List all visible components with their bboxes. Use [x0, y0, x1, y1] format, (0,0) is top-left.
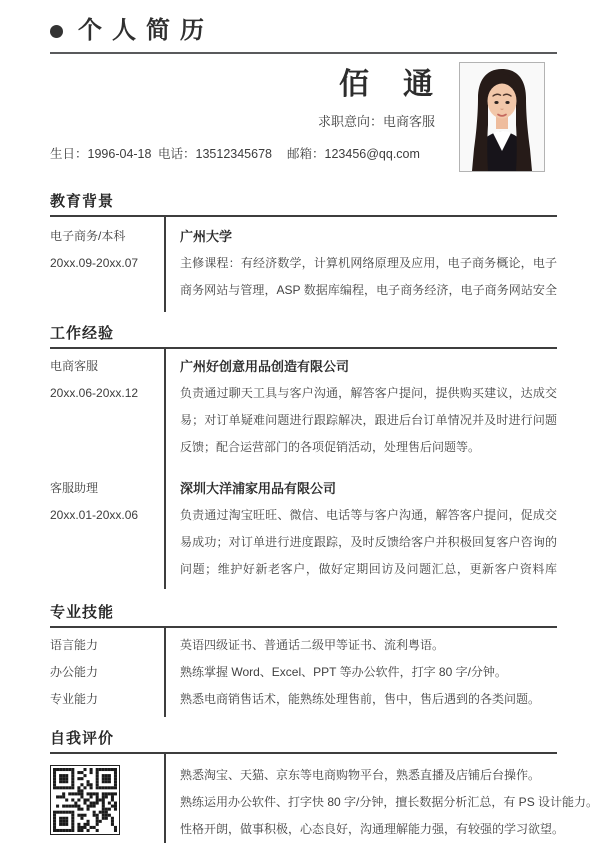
resume-page: 个人简历 佰 通 求职意向：电商客服	[0, 0, 600, 848]
evaluation-line: 性格开朗，做事积极，心态良好，沟通理解能力强，有较强的学习欲望。	[180, 816, 598, 843]
education-body: 电子商务/本科 20xx.09-20xx.07 广州大学 主修课程：有经济数学，…	[50, 217, 557, 312]
work-entry: 电商客服 20xx.06-20xx.12 广州好创意用品创造有限公司 负责通过聊…	[50, 353, 557, 461]
company-name: 深圳大洋浦家用品有限公司	[180, 475, 557, 502]
email-value: 123456@qq.com	[325, 147, 420, 161]
evaluation-line: 熟悉淘宝、天猫、京东等电商购物平台，熟悉直播及店铺后台操作。	[180, 762, 598, 789]
page-title: 个人简历	[78, 18, 214, 44]
skill-row: 办公能力 熟练掌握 Word、Excel、PPT 等办公软件，打字 80 字/分…	[50, 659, 557, 686]
name-block: 佰 通 求职意向：电商客服	[318, 68, 435, 130]
evaluation-right: 熟悉淘宝、天猫、京东等电商购物平台，熟悉直播及店铺后台操作。 熟练运用办公软件、…	[164, 762, 598, 843]
section-work: 工作经验 电商客服 20xx.06-20xx.12 广州好创意用品创造有限公司 …	[50, 324, 557, 589]
email-field: 邮箱：123456@qq.com	[287, 144, 420, 162]
company-name: 广州好创意用品创造有限公司	[180, 353, 557, 380]
profile-header: 佰 通 求职意向：电商客服 生日：1996-04-18 电话：	[50, 54, 557, 178]
education-major: 电子商务/本科	[50, 223, 164, 250]
section-evaluation: 自我评价 熟悉淘宝、天猫、京东等电商购物平台，熟悉直播及店铺后台操作。 熟练运用…	[50, 729, 557, 843]
work-entry: 客服助理 20xx.01-20xx.06 深圳大洋浦家用品有限公司 负责通过淘宝…	[50, 475, 557, 583]
skills-title: 专业技能	[50, 603, 557, 623]
skill-value: 英语四级证书、普通话二级甲等证书、流利粤语。	[164, 632, 557, 659]
email-label: 邮箱：	[287, 147, 325, 161]
section-skills: 专业技能 语言能力 英语四级证书、普通话二级甲等证书、流利粤语。 办公能力 熟练…	[50, 603, 557, 717]
skill-label: 语言能力	[50, 632, 164, 659]
qr-code-icon	[50, 765, 120, 835]
doc-title-row: 个人简历	[50, 18, 557, 44]
education-period: 20xx.09-20xx.07	[50, 250, 164, 277]
work-entry-right: 深圳大洋浦家用品有限公司 负责通过淘宝旺旺、微信、电话等与客户沟通，解答客户提问…	[164, 475, 557, 583]
work-period: 20xx.06-20xx.12	[50, 380, 164, 407]
work-period: 20xx.01-20xx.06	[50, 502, 164, 529]
evaluation-body: 熟悉淘宝、天猫、京东等电商购物平台，熟悉直播及店铺后台操作。 熟练运用办公软件、…	[50, 754, 557, 843]
evaluation-line: 熟练运用办公软件、打字快 80 字/分钟，擅长数据分析汇总，有 PS 设计能力。	[180, 789, 598, 816]
birthday-label: 生日：	[50, 147, 88, 161]
skill-row: 专业能力 熟悉电商销售话术，能熟练处理售前，售中，售后遇到的各类问题。	[50, 686, 557, 713]
skills-body: 语言能力 英语四级证书、普通话二级甲等证书、流利粤语。 办公能力 熟练掌握 Wo…	[50, 628, 557, 717]
evaluation-left	[50, 762, 164, 843]
education-entry-left: 电子商务/本科 20xx.09-20xx.07	[50, 223, 164, 304]
work-body: 电商客服 20xx.06-20xx.12 广州好创意用品创造有限公司 负责通过聊…	[50, 349, 557, 589]
evaluation-title: 自我评价	[50, 729, 557, 749]
phone-value: 13512345678	[196, 147, 272, 161]
candidate-name: 佰 通	[318, 68, 435, 102]
circle-bullet-icon	[50, 25, 63, 38]
skill-label: 专业能力	[50, 686, 164, 713]
work-role: 电商客服	[50, 353, 164, 380]
work-title: 工作经验	[50, 324, 557, 344]
education-entry: 电子商务/本科 20xx.09-20xx.07 广州大学 主修课程：有经济数学，…	[50, 223, 557, 304]
phone-label: 电话：	[158, 147, 196, 161]
contact-row: 生日：1996-04-18 电话：13512345678 邮箱：123456@q…	[50, 144, 420, 162]
job-objective: 求职意向：电商客服	[318, 111, 435, 130]
skill-value: 熟练掌握 Word、Excel、PPT 等办公软件，打字 80 字/分钟。	[164, 659, 557, 686]
work-entry-left: 电商客服 20xx.06-20xx.12	[50, 353, 164, 461]
skill-row: 语言能力 英语四级证书、普通话二级甲等证书、流利粤语。	[50, 632, 557, 659]
education-description: 主修课程：有经济数学，计算机网络原理及应用，电子商务概论，电子商务网站与管理，A…	[180, 250, 557, 304]
skill-label: 办公能力	[50, 659, 164, 686]
birthday-field: 生日：1996-04-18	[50, 144, 158, 162]
skill-value: 熟悉电商销售话术，能熟练处理售前，售中，售后遇到的各类问题。	[164, 686, 557, 713]
work-role: 客服助理	[50, 475, 164, 502]
work-entry-left: 客服助理 20xx.01-20xx.06	[50, 475, 164, 583]
work-description: 负责通过聊天工具与客户沟通，解答客户提问，提供购买建议，达成交易；对订单疑难问题…	[180, 380, 557, 461]
education-entry-right: 广州大学 主修课程：有经济数学，计算机网络原理及应用，电子商务概论，电子商务网站…	[164, 223, 557, 304]
phone-field: 电话：13512345678	[158, 144, 287, 162]
birthday-value: 1996-04-18	[88, 147, 152, 161]
section-education: 教育背景 电子商务/本科 20xx.09-20xx.07 广州大学 主修课程：有…	[50, 192, 557, 312]
work-entry-right: 广州好创意用品创造有限公司 负责通过聊天工具与客户沟通，解答客户提问，提供购买建…	[164, 353, 557, 461]
work-description: 负责通过淘宝旺旺、微信、电话等与客户沟通，解答客户提问，促成交易成功；对订单进行…	[180, 502, 557, 583]
education-title: 教育背景	[50, 192, 557, 212]
profile-photo	[459, 62, 545, 172]
school-name: 广州大学	[180, 223, 557, 250]
id-photo-icon	[460, 63, 544, 171]
